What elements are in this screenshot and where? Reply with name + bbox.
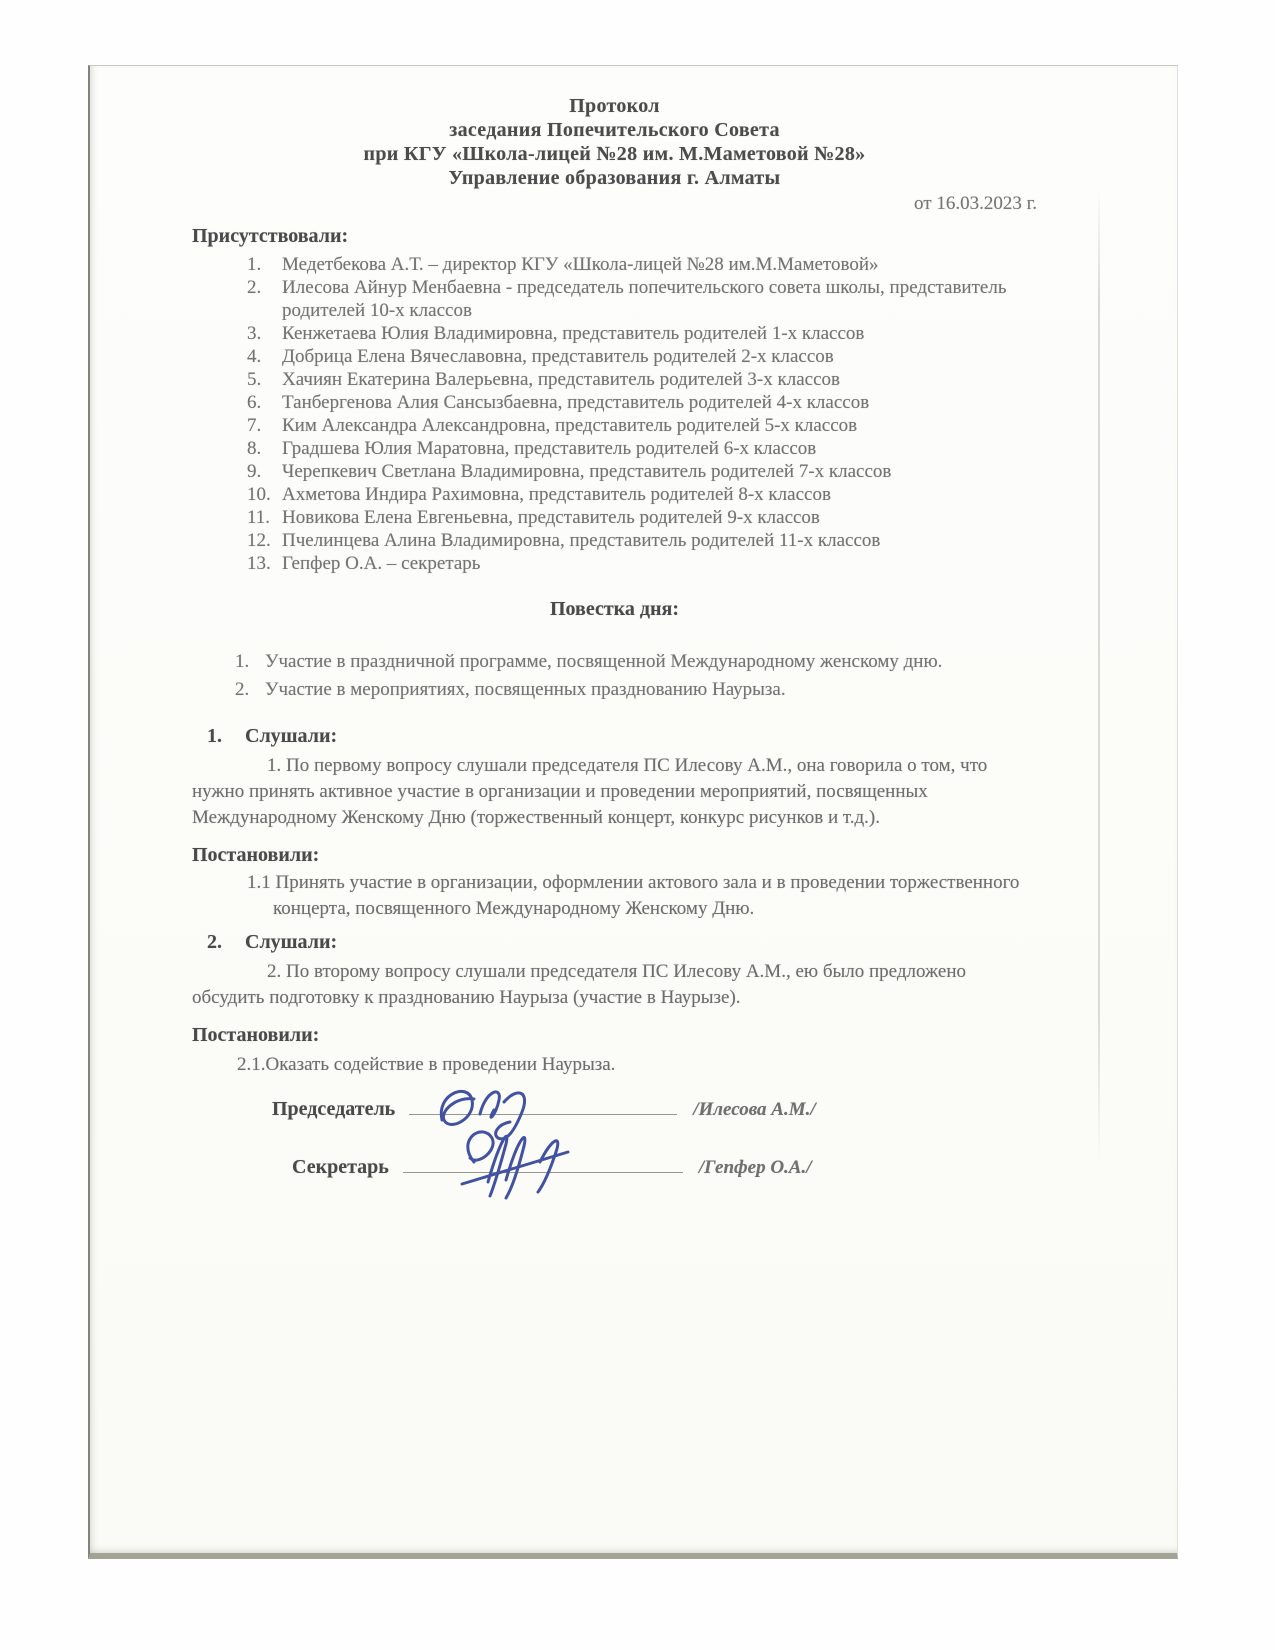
attendee-text: Градшева Юлия Маратовна, представитель р… [282, 438, 816, 459]
attendee-number: 1. [247, 253, 282, 276]
attendee-number: 13. [247, 552, 282, 575]
doc-title-line-2: заседания Попечительского Совета [192, 118, 1037, 142]
attendee-text: Новикова Елена Евгеньевна, представитель… [282, 507, 820, 528]
attendees-list: 1.Медетбекова А.Т. – директор КГУ «Школа… [247, 253, 1037, 575]
signature-block: Председатель/Илесова А.М./ Секретарь/Геп… [192, 1098, 1037, 1268]
attendee-text: Ким Александра Александровна, представит… [282, 415, 857, 436]
resolution2-heading: Постановили: [192, 1023, 1037, 1048]
attendee-text: Кенжетаева Юлия Владимировна, представит… [282, 323, 864, 344]
doc-title-line-1: Протокол [192, 94, 1037, 118]
attendee-item: 9.Черепкевич Светлана Владимировна, пред… [247, 460, 1037, 483]
resolution1-text: 1.1 Принять участие в организации, оформ… [247, 870, 1037, 922]
attendee-text: Ахметова Индира Рахимовна, представитель… [282, 484, 831, 505]
attendee-item: 3.Кенжетаева Юлия Владимировна, представ… [247, 322, 1037, 345]
agenda-item: 2.Участие в мероприятиях, посвященных пр… [235, 676, 1037, 704]
doc-title-line-3: при КГУ «Школа-лицей №28 им. М.Маметовой… [192, 142, 1037, 166]
attendee-item: 11.Новикова Елена Евгеньевна, представит… [247, 506, 1037, 529]
paper-fold-shadow [1098, 186, 1100, 1166]
attendee-text: Медетбекова А.Т. – директор КГУ «Школа-л… [282, 254, 879, 275]
chairman-signature-line [409, 1100, 677, 1115]
agenda-text: Участие в праздничной программе, посвяще… [265, 651, 942, 672]
agenda-item: 1.Участие в праздничной программе, посвя… [235, 648, 1037, 676]
attendee-text: Хачиян Екатерина Валерьевна, представите… [282, 369, 840, 390]
attendee-text: Черепкевич Светлана Владимировна, предст… [282, 461, 891, 482]
attendee-number: 5. [247, 368, 282, 391]
attendee-item: 13.Гепфер О.А. – секретарь [247, 552, 1037, 575]
attendee-number: 12. [247, 529, 282, 552]
resolution2-text: 2.1.Оказать содействие в проведении Наур… [237, 1052, 1037, 1078]
attendee-text: Гепфер О.А. – секретарь [282, 553, 480, 574]
attendee-text: Добрица Елена Вячеславовна, представител… [282, 346, 834, 367]
doc-date: от 16.03.2023 г. [192, 193, 1037, 215]
attendee-number: 8. [247, 437, 282, 460]
secretary-name: /Гепфер О.А./ [699, 1157, 812, 1178]
chairman-name: /Илесова А.М./ [693, 1099, 815, 1120]
section2-label: Слушали: [245, 931, 337, 953]
attendee-number: 2. [247, 276, 282, 299]
attendee-number: 3. [247, 322, 282, 345]
attendee-item: 8.Градшева Юлия Маратовна, представитель… [247, 437, 1037, 460]
attendee-number: 7. [247, 414, 282, 437]
section1-label: Слушали: [245, 725, 337, 747]
attendee-number: 11. [247, 506, 282, 529]
attendee-item: 4.Добрица Елена Вячеславовна, представит… [247, 345, 1037, 368]
agenda-number: 2. [235, 676, 265, 704]
attendee-text: Пчелинцева Алина Владимировна, представи… [282, 530, 880, 551]
attendee-text: Илесова Айнур Менбаевна - председатель п… [282, 277, 1007, 321]
attendee-item: 2.Илесова Айнур Менбаевна - председатель… [247, 276, 1037, 322]
attendee-number: 6. [247, 391, 282, 414]
section2-heading: 2.Слушали: [207, 930, 1037, 955]
document-header: Протокол заседания Попечительского Совет… [192, 94, 1037, 190]
section1-body: 1. По первому вопросу слушали председате… [192, 753, 1037, 831]
attendee-item: 7.Ким Александра Александровна, представ… [247, 414, 1037, 437]
attendees-heading: Присутствовали: [192, 224, 1037, 249]
attendee-number: 9. [247, 460, 282, 483]
secretary-signature-line [403, 1158, 683, 1173]
agenda-number: 1. [235, 648, 265, 676]
attendee-item: 1.Медетбекова А.Т. – директор КГУ «Школа… [247, 253, 1037, 276]
attendee-number: 4. [247, 345, 282, 368]
section2-number: 2. [207, 930, 245, 955]
paper-sheet: Протокол заседания Попечительского Совет… [88, 65, 1178, 1559]
secretary-signature-row: Секретарь/Гепфер О.А./ [192, 1156, 1037, 1186]
attendee-text: Танбергенова Алия Сансызбаевна, представ… [282, 392, 869, 413]
attendee-item: 12.Пчелинцева Алина Владимировна, предст… [247, 529, 1037, 552]
doc-title-line-4: Управление образования г. Алматы [192, 166, 1037, 190]
agenda-text: Участие в мероприятиях, посвященных праз… [265, 679, 786, 700]
section2-body: 2. По второму вопросу слушали председате… [192, 959, 1037, 1011]
section1-number: 1. [207, 724, 245, 749]
chairman-role-label: Председатель [272, 1098, 395, 1120]
section1-heading: 1.Слушали: [207, 724, 1037, 749]
resolution1-heading: Постановили: [192, 843, 1037, 868]
attendee-number: 10. [247, 483, 282, 506]
agenda-heading: Повестка дня: [192, 597, 1037, 622]
chairman-signature-row: Председатель/Илесова А.М./ [192, 1098, 1037, 1128]
attendee-item: 6.Танбергенова Алия Сансызбаевна, предст… [247, 391, 1037, 414]
attendee-item: 10.Ахметова Индира Рахимовна, представит… [247, 483, 1037, 506]
secretary-role-label: Секретарь [292, 1156, 389, 1178]
agenda-list: 1.Участие в праздничной программе, посвя… [235, 648, 1037, 704]
attendee-item: 5.Хачиян Екатерина Валерьевна, представи… [247, 368, 1037, 391]
